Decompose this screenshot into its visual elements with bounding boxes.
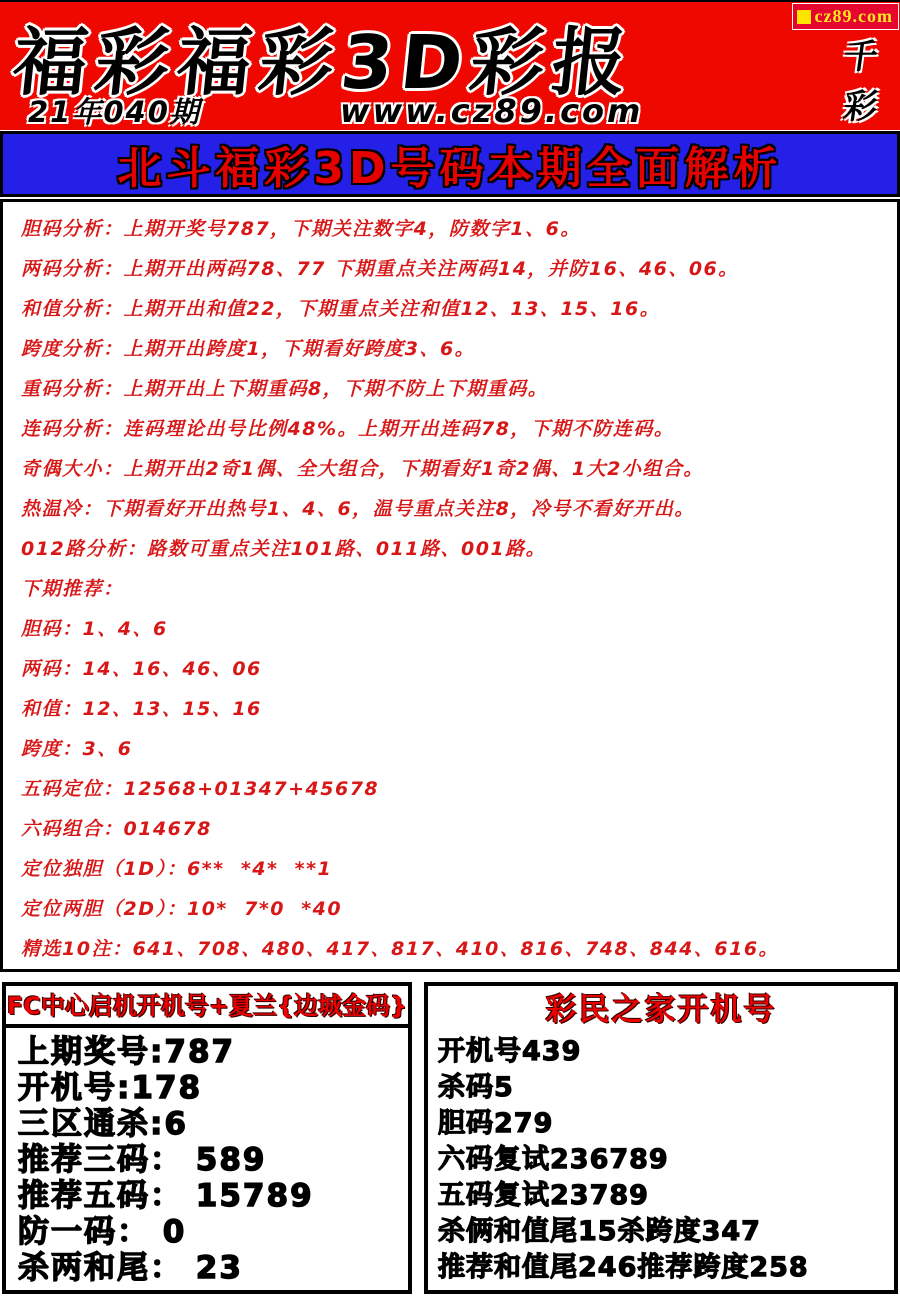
analysis-line: 连码分析：连码理论出号比例48%。上期开出连码78，下期不防连码。 xyxy=(21,409,897,449)
cz89-badge: cz89.com xyxy=(792,3,899,30)
analysis-line: 六码组合：014678 xyxy=(21,809,897,849)
issue-period: 21年040期 xyxy=(28,90,201,131)
analysis-line: 跨度：3、6 xyxy=(21,729,897,769)
badge-label: cz89.com xyxy=(815,6,893,27)
analysis-line: 精选10注：641、708、480、417、817、410、816、748、84… xyxy=(21,929,897,969)
fc-line: 杀两和尾： 23 xyxy=(18,1250,408,1286)
fc-line: 推荐三码： 589 xyxy=(18,1142,408,1178)
analysis-line: 两码：14、16、46、06 xyxy=(21,649,897,689)
caimin-line: 胆码279 xyxy=(438,1106,894,1142)
lottery-bulletin-page: { "header": { "title": "福彩福彩3D彩报", "peri… xyxy=(0,0,900,1298)
caimin-home-box-header: 彩民之家开机号 xyxy=(428,986,894,1032)
analysis-line: 两码分析：上期开出两码78、77 下期重点关注两码14，并防16、46、06。 xyxy=(21,249,897,289)
analysis-line: 下期推荐： xyxy=(21,569,897,609)
masthead: 福彩福彩3D彩报 21年040期 www.cz89.com 千 彩 网 cz89… xyxy=(0,0,900,130)
headline-text: 北斗福彩3D号码本期全面解析 xyxy=(117,132,782,196)
fc-line: 上期奖号:787 xyxy=(18,1034,408,1070)
vertical-site-char: 彩 xyxy=(841,79,882,128)
headline-banner: 北斗福彩3D号码本期全面解析 xyxy=(0,131,900,197)
caimin-home-box: 彩民之家开机号 开机号439 杀码5 胆码279 六码复试236789 五码复试… xyxy=(424,982,898,1294)
fc-line: 防一码： 0 xyxy=(18,1214,408,1250)
fc-line: 三区通杀:6 xyxy=(18,1106,408,1142)
analysis-line: 热温冷：下期看好开出热号1、4、6，温号重点关注8，冷号不看好开出。 xyxy=(21,489,897,529)
analysis-line: 定位独胆（1D）：6** *4* **1 xyxy=(21,849,897,889)
caimin-line: 杀俩和值尾15杀跨度347 xyxy=(438,1214,894,1250)
analysis-line: 跨度分析：上期开出跨度1，下期看好跨度3、6。 xyxy=(21,329,897,369)
analysis-box: 胆码分析：上期开奖号787，下期关注数字4，防数字1、6。 两码分析：上期开出两… xyxy=(0,199,900,972)
yellow-square-icon xyxy=(797,10,811,24)
analysis-line: 定位两胆（2D）：10* 7*0 *40 xyxy=(21,889,897,929)
analysis-line: 胆码分析：上期开奖号787，下期关注数字4，防数字1、6。 xyxy=(21,209,897,249)
analysis-line: 012路分析：路数可重点关注101路、011路、001路。 xyxy=(21,529,897,569)
analysis-line: 胆码：1、4、6 xyxy=(21,609,897,649)
analysis-line: 和值：12、13、15、16 xyxy=(21,689,897,729)
caimin-line: 开机号439 xyxy=(438,1034,894,1070)
analysis-line: 重码分析：上期开出上下期重码8，下期不防上下期重码。 xyxy=(21,369,897,409)
analysis-line: 和值分析：上期开出和值22，下期重点关注和值12、13、15、16。 xyxy=(21,289,897,329)
caimin-line: 六码复试236789 xyxy=(438,1142,894,1178)
caimin-line: 推荐和值尾246推荐跨度258 xyxy=(438,1250,894,1286)
caimin-line: 五码复试23789 xyxy=(438,1178,894,1214)
vertical-site-char: 千 xyxy=(841,29,882,78)
fc-center-box: FC中心启机开机号+夏兰{边城金码} 上期奖号:787 开机号:178 三区通杀… xyxy=(2,982,412,1294)
fc-line: 开机号:178 xyxy=(18,1070,408,1106)
analysis-line: 五码定位：12568+01347+45678 xyxy=(21,769,897,809)
fc-center-box-header: FC中心启机开机号+夏兰{边城金码} xyxy=(6,986,408,1028)
caimin-line: 杀码5 xyxy=(438,1070,894,1106)
caimin-home-box-body: 开机号439 杀码5 胆码279 六码复试236789 五码复试23789 杀俩… xyxy=(428,1032,894,1286)
fc-line: 推荐五码： 15789 xyxy=(18,1178,408,1214)
analysis-line: 奇偶大小：上期开出2奇1偶、全大组合，下期看好1奇2偶、1大2小组合。 xyxy=(21,449,897,489)
site-url: www.cz89.com xyxy=(340,92,643,130)
fc-center-box-body: 上期奖号:787 开机号:178 三区通杀:6 推荐三码： 589 推荐五码： … xyxy=(6,1028,408,1286)
